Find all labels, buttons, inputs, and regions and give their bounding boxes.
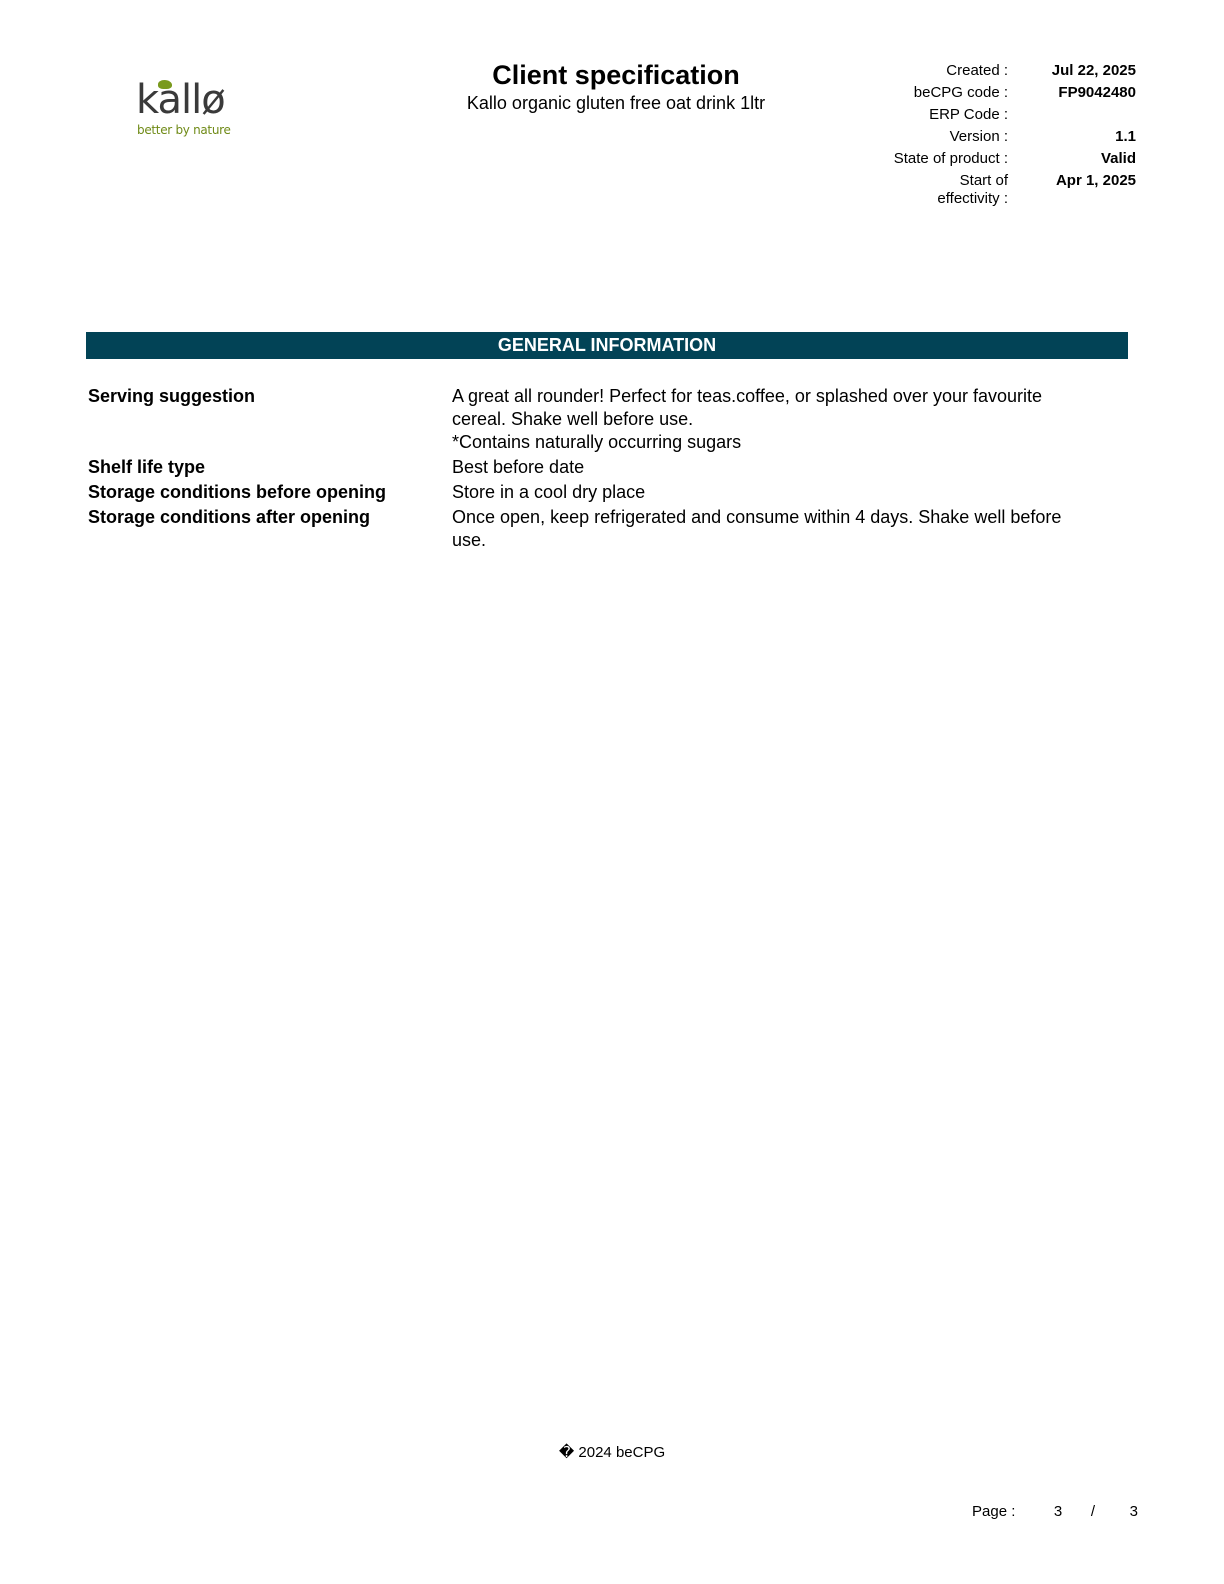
info-label: Shelf life type	[88, 454, 452, 479]
info-row-shelf-life-type: Shelf life type Best before date	[88, 454, 1133, 479]
meta-label: State of product :	[860, 148, 1008, 170]
page-total: 3	[1108, 1503, 1138, 1520]
info-label: Storage conditions before opening	[88, 479, 452, 504]
info-line: Store in a cool dry place	[452, 481, 1133, 504]
meta-becpg-code: beCPG code : FP9042480	[860, 82, 1140, 104]
meta-erp-code: ERP Code :	[860, 104, 1140, 126]
page-number: Page : 3 / 3	[972, 1503, 1138, 1520]
kallo-logo: kallø better by nature	[136, 78, 246, 142]
page-separator: /	[1078, 1503, 1108, 1520]
info-value: Once open, keep refrigerated and consume…	[452, 504, 1133, 552]
logo-wordmark: kallø	[136, 78, 225, 122]
info-line: Once open, keep refrigerated and consume…	[452, 506, 1133, 529]
info-line: use.	[452, 529, 1133, 552]
meta-label: Start of effectivity :	[860, 170, 1008, 208]
meta-state: State of product : Valid	[860, 148, 1140, 170]
general-information-table: Serving suggestion A great all rounder! …	[88, 383, 1133, 552]
page-current: 3	[1038, 1503, 1078, 1520]
info-value: Store in a cool dry place	[452, 479, 1133, 504]
page-label: Page :	[972, 1503, 1038, 1520]
section-header-general-information: GENERAL INFORMATION	[86, 332, 1128, 359]
document-header: Client specification Kallo organic glute…	[420, 58, 812, 114]
meta-start-of-effectivity: Start of effectivity : Apr 1, 2025	[860, 170, 1140, 208]
meta-created: Created : Jul 22, 2025	[860, 60, 1140, 82]
info-line: Best before date	[452, 456, 1133, 479]
meta-value: 1.1	[1008, 126, 1140, 148]
info-line: A great all rounder! Perfect for teas.co…	[452, 385, 1133, 408]
bird-icon	[158, 80, 172, 89]
info-row-storage-before-opening: Storage conditions before opening Store …	[88, 479, 1133, 504]
info-row-storage-after-opening: Storage conditions after opening Once op…	[88, 504, 1133, 552]
info-label: Serving suggestion	[88, 383, 452, 454]
product-name: Kallo organic gluten free oat drink 1ltr	[420, 92, 812, 114]
meta-label: beCPG code :	[860, 82, 1008, 104]
footer-copyright: � 2024 beCPG	[0, 1443, 1224, 1461]
meta-label-line: Start of	[860, 172, 1008, 190]
meta-value: FP9042480	[1008, 82, 1140, 104]
meta-value: Apr 1, 2025	[1008, 170, 1140, 208]
meta-label: Version :	[860, 126, 1008, 148]
meta-label: ERP Code :	[860, 104, 1008, 126]
document-title: Client specification	[420, 58, 812, 92]
info-label: Storage conditions after opening	[88, 504, 452, 552]
meta-version: Version : 1.1	[860, 126, 1140, 148]
meta-value: Valid	[1008, 148, 1140, 170]
meta-label: Created :	[860, 60, 1008, 82]
document-metadata: Created : Jul 22, 2025 beCPG code : FP90…	[860, 60, 1140, 208]
info-value: Best before date	[452, 454, 1133, 479]
meta-label-line: effectivity :	[860, 190, 1008, 208]
info-line: cereal. Shake well before use.	[452, 408, 1133, 431]
info-row-serving-suggestion: Serving suggestion A great all rounder! …	[88, 383, 1133, 454]
meta-value	[1008, 104, 1140, 126]
info-line: *Contains naturally occurring sugars	[452, 431, 1133, 454]
logo-tagline: better by nature	[137, 123, 231, 137]
meta-value: Jul 22, 2025	[1008, 60, 1140, 82]
info-value: A great all rounder! Perfect for teas.co…	[452, 383, 1133, 454]
